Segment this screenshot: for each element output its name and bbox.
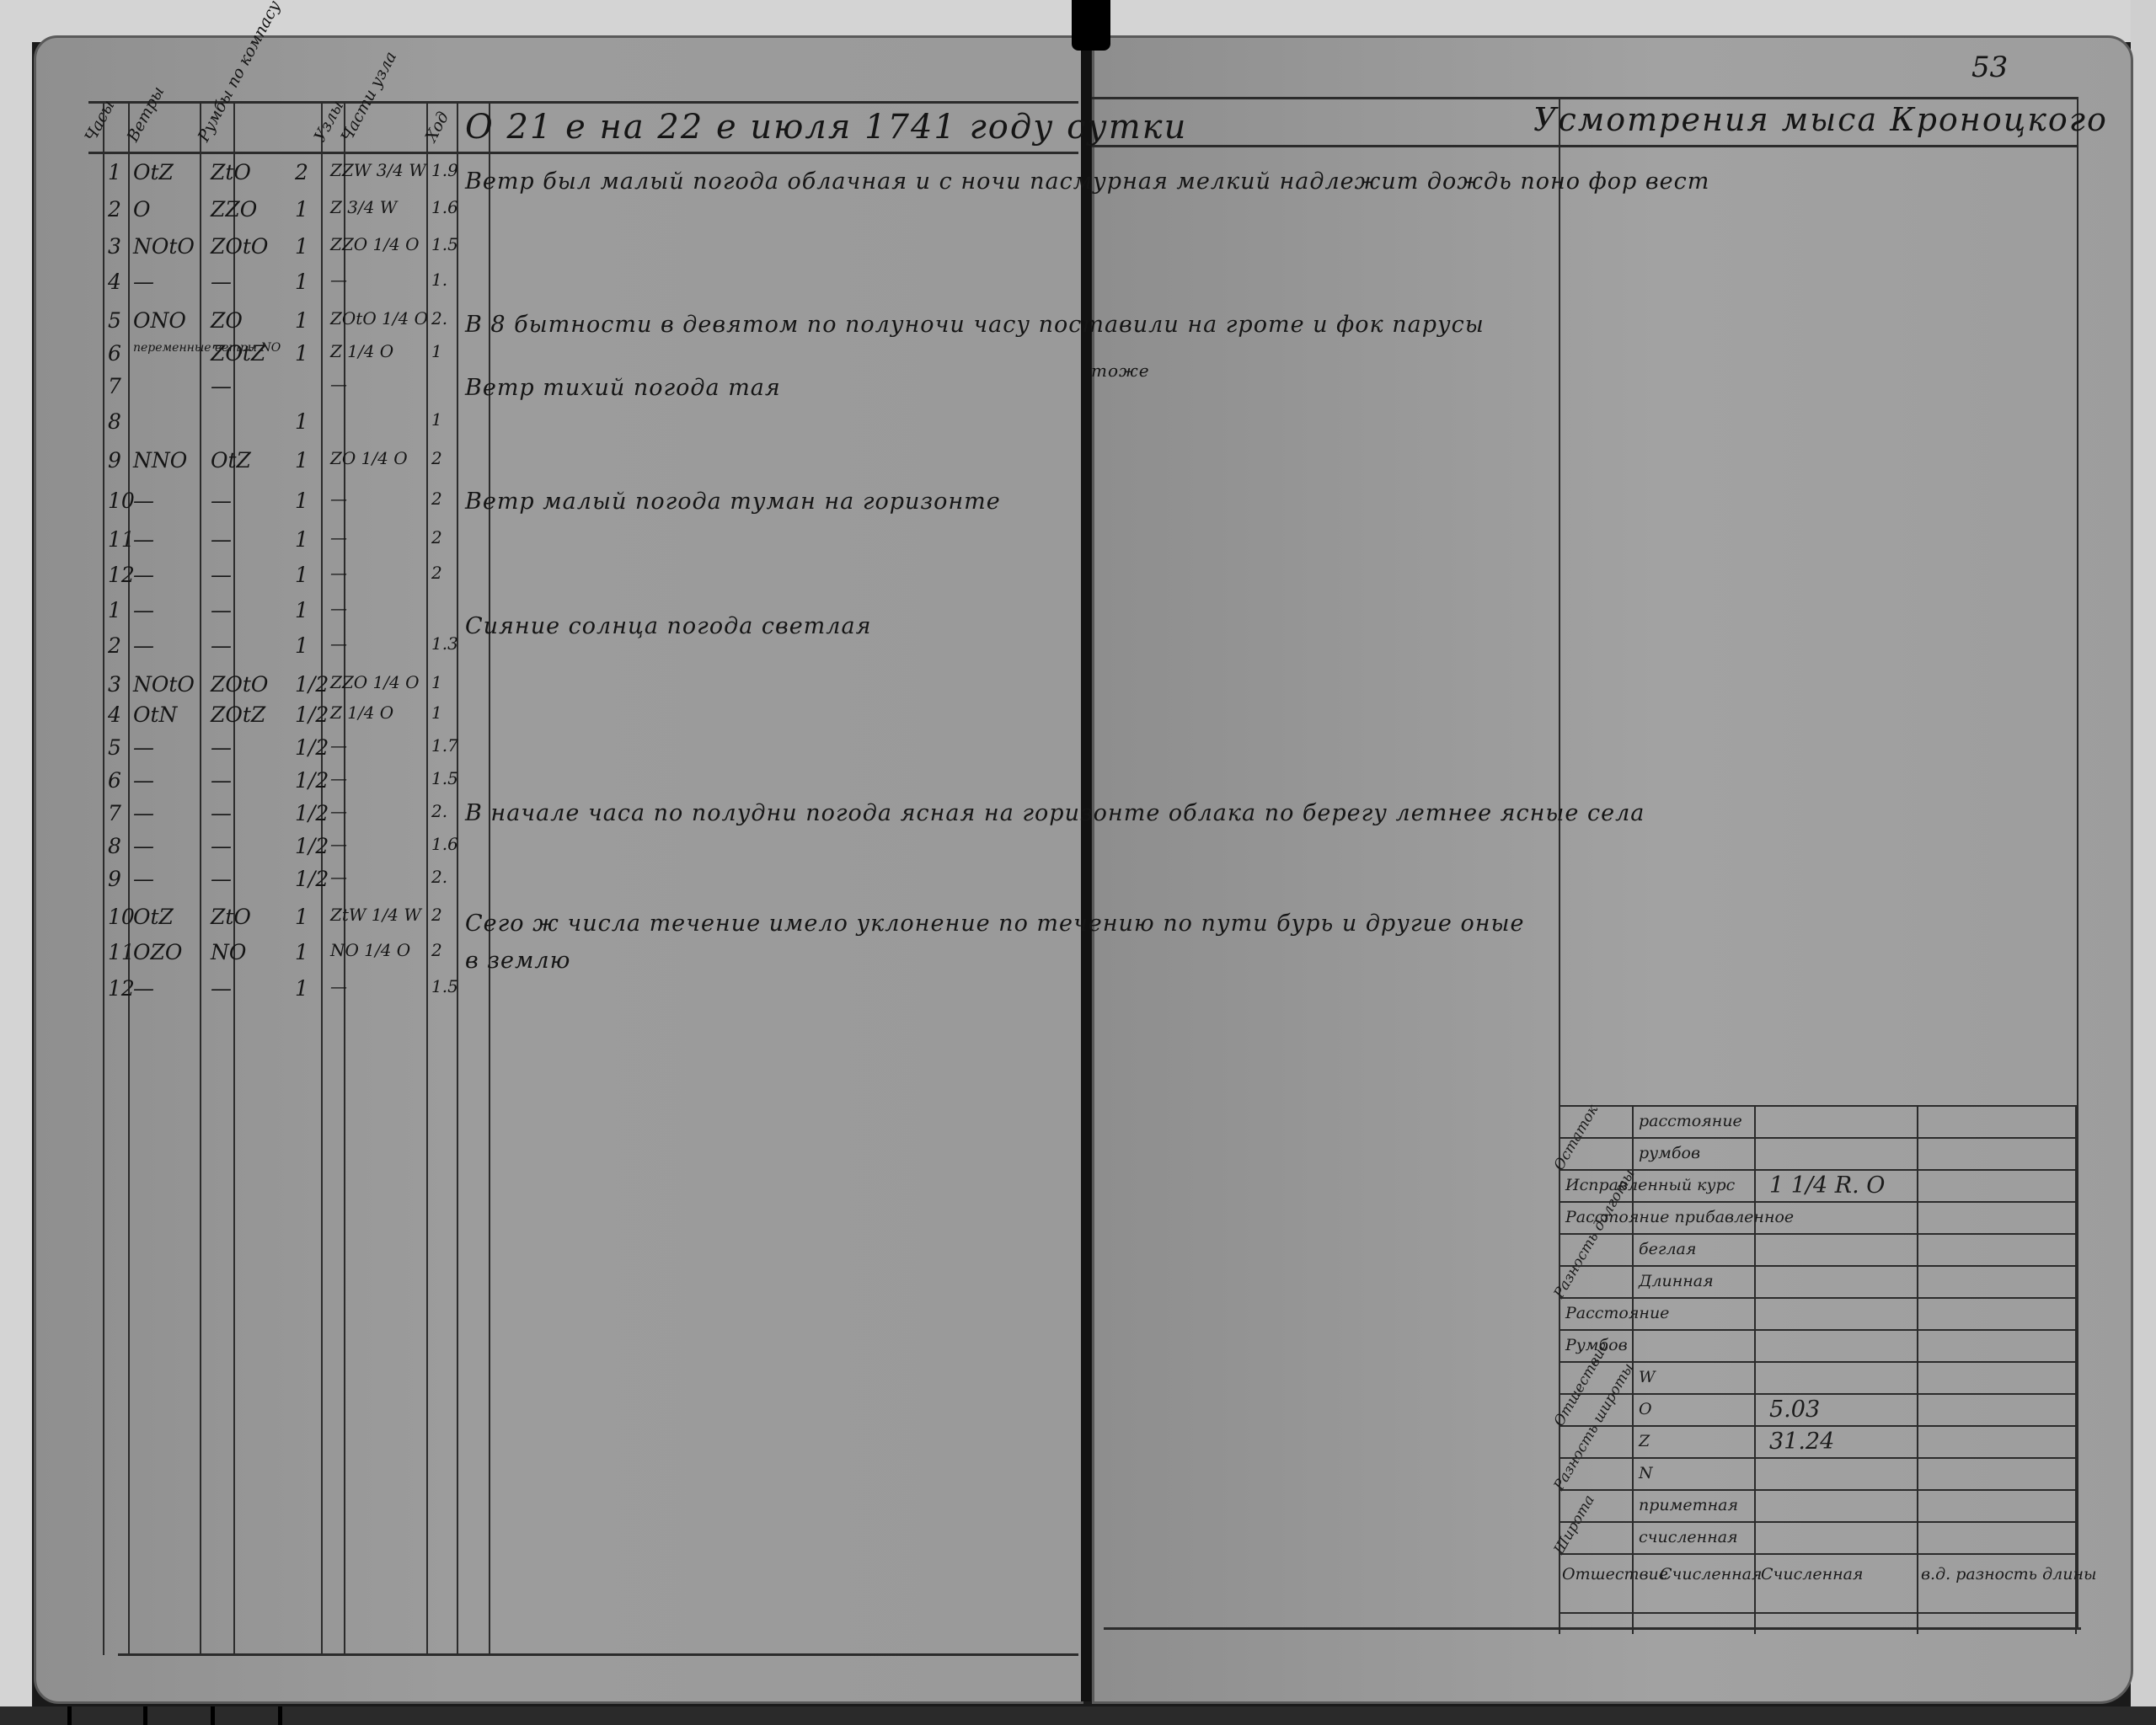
right-page-heading: Усмотрения мыса Кроноцкого bbox=[1533, 101, 2108, 138]
log-cell-speed: 2. bbox=[431, 801, 447, 821]
log-cell-wind: NNO bbox=[133, 448, 187, 473]
log-cell-wind: OZO bbox=[133, 940, 182, 964]
log-cell-part: ZtW 1/4 W bbox=[330, 905, 421, 925]
log-cell-wind: — bbox=[133, 867, 154, 891]
log-cell-knots: 1 bbox=[295, 976, 308, 1001]
log-cell-hour: 12 bbox=[108, 976, 135, 1001]
log-cell-hour: 6 bbox=[108, 341, 121, 366]
summary-row-line bbox=[1559, 1329, 2077, 1331]
log-cell-speed: 2 bbox=[431, 489, 442, 509]
log-cell-hour: 2 bbox=[108, 197, 121, 222]
log-cell-speed: 1.6 bbox=[431, 834, 458, 854]
summary-value: 5.03 bbox=[1769, 1397, 1820, 1423]
log-cell-speed: 1.5 bbox=[431, 768, 458, 788]
log-cell-wind: — bbox=[133, 270, 154, 294]
summary-row-line bbox=[1559, 1553, 2077, 1555]
summary-label: румбов bbox=[1639, 1144, 1700, 1162]
log-cell-hour: 10 bbox=[108, 905, 135, 929]
log-cell-rhumb: ZtO bbox=[211, 160, 251, 184]
log-cell-knots: 1/2 bbox=[295, 801, 329, 825]
summary-footer-label: Счисленная bbox=[1761, 1565, 1864, 1583]
log-cell-part: — bbox=[330, 489, 347, 509]
summary-row-line bbox=[1559, 1265, 2077, 1267]
remark: Ветр малый погода туман на горизонте bbox=[465, 489, 1001, 515]
col-line bbox=[103, 101, 104, 1655]
log-cell-part: — bbox=[330, 867, 347, 887]
log-cell-hour: 12 bbox=[108, 563, 135, 587]
log-cell-hour: 5 bbox=[108, 308, 121, 333]
log-cell-part: Z 1/4 O bbox=[330, 341, 393, 361]
log-cell-knots: 1 bbox=[295, 905, 308, 929]
summary-label: приметная bbox=[1639, 1496, 1738, 1514]
binding-clip bbox=[1072, 0, 1110, 51]
log-cell-rhumb: — bbox=[211, 598, 232, 622]
log-cell-rhumb: — bbox=[211, 374, 232, 398]
summary-label: Исправленный курс bbox=[1565, 1176, 1735, 1194]
log-cell-knots: 1 bbox=[295, 633, 308, 658]
col-line-right bbox=[2077, 97, 2078, 1630]
summary-row-line bbox=[1559, 1489, 2077, 1491]
log-cell-rhumb: — bbox=[211, 527, 232, 552]
log-cell-knots: 1 bbox=[295, 341, 308, 366]
log-cell-knots: 1 bbox=[295, 598, 308, 622]
log-cell-speed: 1.6 bbox=[431, 197, 458, 217]
summary-label: W bbox=[1639, 1368, 1656, 1386]
log-cell-rhumb: ZO bbox=[211, 308, 243, 333]
log-cell-hour: 3 bbox=[108, 234, 121, 259]
log-cell-rhumb: — bbox=[211, 768, 232, 793]
log-cell-part: — bbox=[330, 270, 347, 290]
summary-label: Длинная bbox=[1639, 1272, 1714, 1290]
col-line bbox=[128, 101, 130, 1655]
log-cell-rhumb: OtZ bbox=[211, 448, 251, 473]
log-cell-hour: 1 bbox=[108, 160, 121, 184]
summary-row-line bbox=[1559, 1233, 2077, 1235]
log-cell-hour: 5 bbox=[108, 735, 121, 760]
summary-footer-label: в.д. разность длины bbox=[1921, 1565, 2096, 1583]
summary-row-line bbox=[1559, 1361, 2077, 1363]
summary-row-line bbox=[1559, 1201, 2077, 1203]
left-page bbox=[34, 35, 1083, 1704]
log-cell-wind: — bbox=[133, 834, 154, 858]
log-cell-knots: 1 bbox=[295, 489, 308, 513]
log-cell-speed: 2. bbox=[431, 308, 447, 328]
log-cell-knots: 1 bbox=[295, 308, 308, 333]
log-cell-part: ZZO 1/4 O bbox=[330, 234, 420, 254]
log-cell-knots: 1 bbox=[295, 270, 308, 294]
log-cell-speed: 2 bbox=[431, 527, 442, 547]
log-cell-speed: 1 bbox=[431, 672, 442, 692]
log-cell-knots: 1 bbox=[295, 527, 308, 552]
log-cell-wind: OtZ bbox=[133, 160, 174, 184]
log-cell-part: — bbox=[330, 374, 347, 394]
log-cell-knots: 1/2 bbox=[295, 735, 329, 760]
log-cell-speed: 1.3 bbox=[431, 633, 458, 654]
log-cell-knots: 1 bbox=[295, 563, 308, 587]
log-cell-rhumb: ZtO bbox=[211, 905, 251, 929]
scan-ruler bbox=[0, 1706, 2156, 1725]
summary-value: 31.24 bbox=[1769, 1429, 1834, 1455]
log-cell-part: — bbox=[330, 768, 347, 788]
summary-row-line bbox=[1559, 1612, 2077, 1614]
summary-label: расстояние bbox=[1639, 1112, 1742, 1130]
log-cell-speed: 1. bbox=[431, 270, 447, 290]
summary-row-line bbox=[1559, 1105, 2077, 1107]
log-cell-hour: 6 bbox=[108, 768, 121, 793]
log-cell-speed: 2 bbox=[431, 905, 442, 925]
log-cell-part: ZO 1/4 O bbox=[330, 448, 408, 468]
rule-top bbox=[88, 101, 1078, 104]
log-cell-rhumb: — bbox=[211, 563, 232, 587]
remark: В 8 бытности в девятом по полуночи часу … bbox=[465, 312, 1485, 338]
remark: Ветр был малый погода облачная и с ночи … bbox=[465, 168, 1709, 195]
summary-row-line bbox=[1559, 1393, 2077, 1395]
log-cell-knots: 1/2 bbox=[295, 702, 329, 727]
rule-top-right bbox=[1092, 97, 2078, 99]
summary-label: N bbox=[1639, 1464, 1653, 1482]
col-line bbox=[457, 101, 458, 1655]
log-cell-knots: 1 bbox=[295, 940, 308, 964]
col-line bbox=[200, 101, 201, 1655]
log-cell-speed: 1.5 bbox=[431, 234, 458, 254]
log-cell-knots: 1/2 bbox=[295, 768, 329, 793]
log-cell-part: ZZW 3/4 W bbox=[330, 160, 426, 180]
margin-note: тоже bbox=[1091, 360, 1150, 381]
log-cell-hour: 4 bbox=[108, 702, 121, 727]
log-cell-part: — bbox=[330, 633, 347, 654]
log-cell-knots: 1 bbox=[295, 197, 308, 222]
summary-label: счисленная bbox=[1639, 1528, 1738, 1546]
log-cell-knots: 1 bbox=[295, 409, 308, 434]
log-cell-knots: 1/2 bbox=[295, 867, 329, 891]
log-cell-wind: — bbox=[133, 527, 154, 552]
log-cell-speed: 1 bbox=[431, 702, 442, 723]
log-cell-rhumb: — bbox=[211, 735, 232, 760]
log-cell-speed: 1.5 bbox=[431, 976, 458, 996]
log-cell-hour: 7 bbox=[108, 374, 121, 398]
log-cell-hour: 11 bbox=[108, 940, 135, 964]
rule-bottom bbox=[118, 1653, 1078, 1656]
summary-label: Расстояние bbox=[1565, 1304, 1669, 1322]
log-cell-speed: 2 bbox=[431, 940, 442, 960]
log-cell-rhumb: — bbox=[211, 976, 232, 1001]
log-cell-speed: 2 bbox=[431, 448, 442, 468]
log-cell-hour: 11 bbox=[108, 527, 135, 552]
col-line bbox=[426, 101, 428, 1655]
log-cell-part: — bbox=[330, 976, 347, 996]
log-cell-rhumb: NO bbox=[211, 940, 246, 964]
log-cell-hour: 2 bbox=[108, 633, 121, 658]
summary-value: 1 1/4 R. O bbox=[1769, 1172, 1885, 1199]
log-cell-rhumb: — bbox=[211, 867, 232, 891]
log-cell-hour: 10 bbox=[108, 489, 135, 513]
summary-row-line bbox=[1559, 1137, 2077, 1139]
log-cell-wind: O bbox=[133, 197, 151, 222]
remark: Сияние солнца погода светлая bbox=[465, 613, 871, 639]
log-cell-wind: — bbox=[133, 489, 154, 513]
summary-row-line bbox=[1559, 1297, 2077, 1299]
log-cell-rhumb: ZOtZ bbox=[211, 702, 265, 727]
log-cell-rhumb: — bbox=[211, 633, 232, 658]
log-cell-speed: 2. bbox=[431, 867, 447, 887]
rule-header-bottom bbox=[88, 152, 1078, 154]
log-cell-part: NO 1/4 O bbox=[330, 940, 410, 960]
log-cell-rhumb: — bbox=[211, 834, 232, 858]
log-cell-wind: — bbox=[133, 633, 154, 658]
log-cell-speed: 1.7 bbox=[431, 735, 458, 756]
scan-background-right bbox=[2131, 0, 2156, 1725]
remark: Ветр тихий погода тая bbox=[465, 375, 781, 401]
book-spine bbox=[1081, 34, 1091, 1701]
scan-background-left bbox=[0, 0, 32, 1725]
log-cell-part: Z 3/4 W bbox=[330, 197, 397, 217]
log-cell-speed: 1.9 bbox=[431, 160, 458, 180]
log-cell-rhumb: — bbox=[211, 489, 232, 513]
log-cell-knots: 1 bbox=[295, 234, 308, 259]
log-cell-wind: NOtO bbox=[133, 234, 195, 259]
summary-row-line bbox=[1559, 1521, 2077, 1523]
summary-footer-label: Отшествие bbox=[1562, 1565, 1668, 1583]
summary-footer-label: Счисленная bbox=[1660, 1565, 1763, 1583]
summary-label: Z bbox=[1639, 1432, 1650, 1450]
log-cell-wind: NOtO bbox=[133, 672, 195, 697]
log-cell-part: ZOtO 1/4 O bbox=[330, 308, 428, 328]
log-cell-part: Z 1/4 O bbox=[330, 702, 393, 723]
entry-title: О 21 е на 22 е июля 1741 году сутки bbox=[465, 108, 1187, 147]
log-cell-wind: ONO bbox=[133, 308, 186, 333]
log-cell-hour: 4 bbox=[108, 270, 121, 294]
log-cell-wind: — bbox=[133, 598, 154, 622]
log-cell-knots: 1 bbox=[295, 448, 308, 473]
rule-header-bottom-right bbox=[1092, 145, 2078, 147]
log-cell-hour: 9 bbox=[108, 867, 121, 891]
log-cell-hour: 8 bbox=[108, 409, 121, 434]
summary-table: расстояниеОстатокрумбовИсправленный курс… bbox=[1559, 1105, 2077, 1634]
log-cell-hour: 8 bbox=[108, 834, 121, 858]
summary-label: O bbox=[1639, 1400, 1652, 1418]
log-cell-hour: 3 bbox=[108, 672, 121, 697]
log-cell-part: — bbox=[330, 801, 347, 821]
log-cell-speed: 1 bbox=[431, 341, 442, 361]
summary-label: беглая bbox=[1639, 1240, 1696, 1258]
log-cell-rhumb: — bbox=[211, 270, 232, 294]
log-cell-hour: 1 bbox=[108, 598, 121, 622]
col-line bbox=[233, 101, 235, 1655]
log-cell-hour: 9 bbox=[108, 448, 121, 473]
log-cell-part: — bbox=[330, 527, 347, 547]
log-cell-wind: — bbox=[133, 801, 154, 825]
log-cell-speed: 2 bbox=[431, 563, 442, 583]
log-cell-rhumb: ZOtO bbox=[211, 234, 268, 259]
log-cell-speed: 1 bbox=[431, 409, 442, 430]
log-cell-hour: 7 bbox=[108, 801, 121, 825]
summary-row-line bbox=[1559, 1425, 2077, 1427]
log-cell-rhumb: ZOtO bbox=[211, 672, 268, 697]
log-cell-part: — bbox=[330, 598, 347, 618]
summary-row-line bbox=[1559, 1169, 2077, 1171]
log-cell-knots: 1/2 bbox=[295, 672, 329, 697]
log-cell-wind: OtN bbox=[133, 702, 177, 727]
log-cell-rhumb: ZOtZ bbox=[211, 341, 265, 366]
log-cell-wind: — bbox=[133, 768, 154, 793]
log-cell-rhumb: — bbox=[211, 801, 232, 825]
log-cell-knots: 2 bbox=[295, 160, 308, 184]
log-cell-wind: OtZ bbox=[133, 905, 174, 929]
log-cell-wind: — bbox=[133, 735, 154, 760]
log-cell-wind: — bbox=[133, 976, 154, 1001]
log-cell-rhumb: ZZO bbox=[211, 197, 257, 222]
log-cell-part: — bbox=[330, 834, 347, 854]
summary-row-line bbox=[1559, 1457, 2077, 1459]
log-cell-wind: — bbox=[133, 563, 154, 587]
log-cell-part: — bbox=[330, 563, 347, 583]
log-cell-part: ZZO 1/4 O bbox=[330, 672, 420, 692]
log-cell-part: — bbox=[330, 735, 347, 756]
remark: Сего ж числа течение имело уклонение по … bbox=[465, 905, 1543, 980]
page-number: 53 bbox=[1971, 51, 2008, 84]
log-cell-knots: 1/2 bbox=[295, 834, 329, 858]
remark: В начале часа по полудни погода ясная на… bbox=[465, 800, 1645, 826]
